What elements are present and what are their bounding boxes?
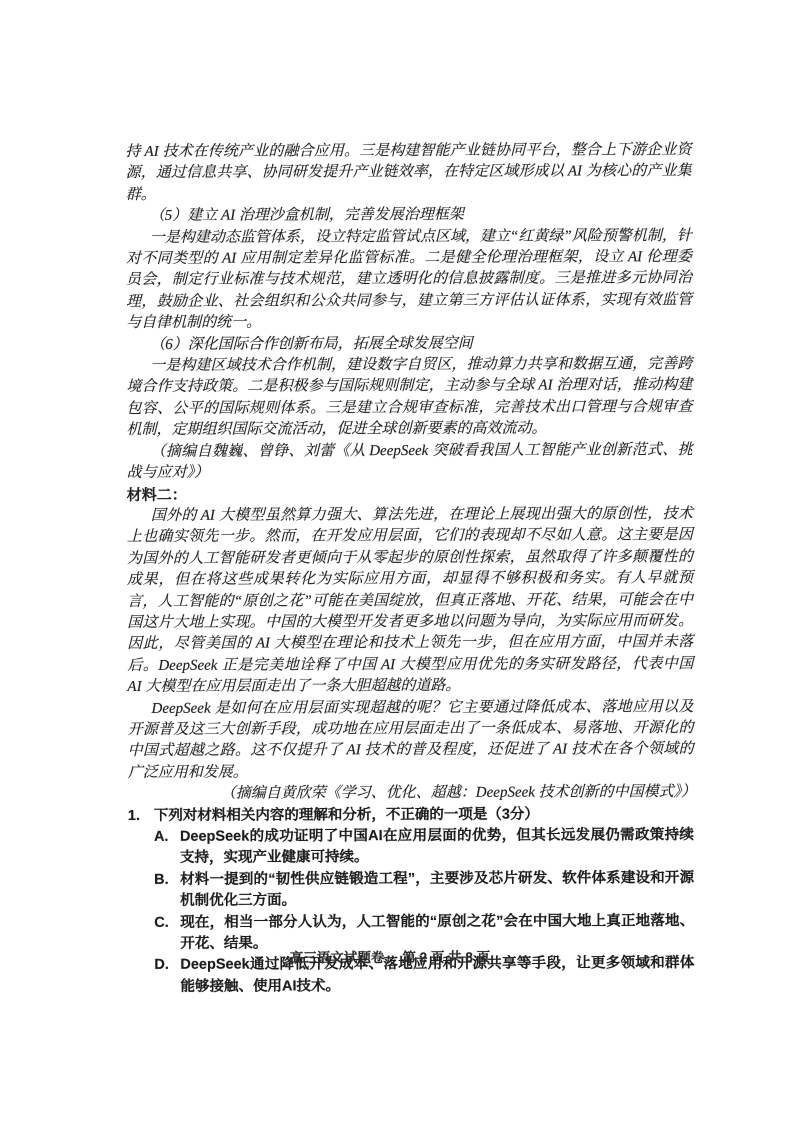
question-1-number: 1.: [128, 805, 154, 826]
material1-continuation-paragraph: 持 AI 技术在传统产业的融合应用。三是构建智能产业链协同平台，整合上下游企业资…: [126, 140, 692, 206]
question-1-stem-row: 1. 下列对材料相关内容的理解和分析，不正确的一项是（3分）: [128, 804, 694, 827]
page-footer: 高三语文试题卷第 2 页 共 8 页: [120, 945, 660, 967]
material1-section6-body: 一是构建区域技术合作机制，建设数字自贸区，推动算力共享和数据互通，完善跨境合作支…: [126, 354, 692, 442]
material1-section6-heading: （6）深化国际合作创新布局，拓展全球发展空间: [126, 333, 692, 356]
question-1: 1. 下列对材料相关内容的理解和分析，不正确的一项是（3分） A. DeepSe…: [128, 804, 695, 999]
material1-source-attribution: （摘编自魏巍、曾铮、刘蕾《从 DeepSeek 突破看我国人工智能产业创新范式、…: [127, 440, 693, 485]
footer-page-number: 第 2 页 共 8 页: [402, 950, 490, 965]
material2-paragraph-1: 国外的 AI 大模型虽然算力强大、算法先进，在理论上展现出强大的原创性，技术上也…: [127, 504, 694, 699]
material2-source-attribution: （摘编自黄欣荣《学习、优化、超越：DeepSeek 技术创新的中国模式》）: [128, 782, 694, 805]
page-body: 持 AI 技术在传统产业的融合应用。三是构建智能产业链协同平台，整合上下游企业资…: [126, 140, 695, 998]
question-1-option-a: A. DeepSeek的成功证明了中国AI在应用层面的优势，但其长远发展仍需政策…: [154, 825, 694, 870]
material1-section5-body: 一是构建动态监管体系，设立特定监管试点区域，建立“红黄绿”风险预警机制，针对不同…: [126, 226, 692, 335]
option-b-label: B.: [154, 870, 180, 891]
option-b-text: 材料一提到的“韧性供应链锻造工程”，主要涉及芯片研发、软件体系建设和开源机制优化…: [180, 868, 694, 913]
footer-paper-title: 高三语文试题卷: [290, 950, 385, 965]
option-a-label: A.: [154, 827, 180, 848]
material2-label: 材料二：: [127, 483, 693, 506]
material1-section5-heading: （5）建立 AI 治理沙盒机制，完善发展治理框架: [126, 204, 692, 227]
material2-paragraph-2: DeepSeek 是如何在应用层面实现超越的呢？它主要通过降低成本、落地应用以及…: [127, 697, 693, 785]
option-a-text: DeepSeek的成功证明了中国AI在应用层面的优势，但其长远发展仍需政策持续支…: [180, 825, 694, 870]
question-1-stem: 下列对材料相关内容的理解和分析，不正确的一项是（3分）: [154, 804, 539, 827]
option-c-label: C.: [154, 912, 180, 933]
question-1-option-b: B. 材料一提到的“韧性供应链锻造工程”，主要涉及芯片研发、软件体系建设和开源机…: [154, 868, 694, 913]
exam-page: 持 AI 技术在传统产业的融合应用。三是构建智能产业链协同平台，整合上下游企业资…: [0, 0, 800, 1130]
